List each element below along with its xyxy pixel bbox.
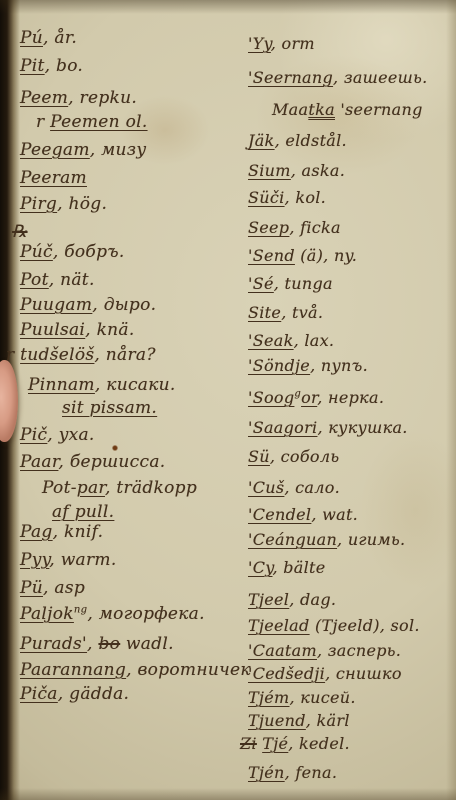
headword: Peeram xyxy=(20,168,87,188)
vocab-entry: Pü, asp xyxy=(20,578,85,598)
vocab-entry: Puugam, дыро. xyxy=(20,295,156,315)
headword: Sium xyxy=(248,161,291,180)
gloss-text: r xyxy=(36,112,50,132)
vocab-entry: sit pissam. xyxy=(62,398,157,418)
vocab-entry: Zi Tjé, kedel. xyxy=(240,734,350,753)
gloss-text: , asp xyxy=(43,578,85,598)
vocab-entry: Paarannang, воротничек xyxy=(20,660,251,680)
gloss-text: , ficka xyxy=(289,218,341,237)
vocab-entry: Pot-par, trädkopp xyxy=(42,478,197,498)
gloss-text: , orm xyxy=(271,34,315,53)
gloss-text: , bo. xyxy=(45,56,84,76)
headword: Puulsai xyxy=(20,320,85,340)
vocab-entry: 'Cy, bälte xyxy=(248,558,326,577)
gloss-text: r xyxy=(6,345,20,365)
gloss-text: , мизу xyxy=(90,140,147,160)
strikethrough-mark: ℞ xyxy=(12,222,28,242)
vocab-entry: Pinnam, кисаки. xyxy=(28,375,176,395)
headword: Jäk xyxy=(248,131,275,150)
vocab-entry: Tjén, fena. xyxy=(248,763,337,782)
gloss-text: , warm. xyxy=(49,550,116,570)
strikethrough-mark: Zi xyxy=(240,734,257,753)
headword: 'Cuš xyxy=(248,478,284,497)
headword: Pit xyxy=(20,56,45,76)
gloss-text: , knif. xyxy=(53,522,104,542)
vocab-entry: Jäk, eldstål. xyxy=(248,131,347,150)
headword: 'Cedšedji xyxy=(248,664,325,683)
headword: 'Yy xyxy=(248,34,271,53)
headword: Paarannang xyxy=(20,660,126,680)
headword: tka xyxy=(308,100,335,119)
gloss-text: , засперь. xyxy=(317,641,401,660)
gloss-text: , соболь xyxy=(270,447,339,466)
headword: Tjém xyxy=(248,688,289,707)
gloss-text: Maa xyxy=(272,100,308,119)
gloss-text: , бершисса. xyxy=(58,452,165,472)
gloss-text: , dag. xyxy=(289,590,336,609)
gloss-text: , нерка. xyxy=(317,388,384,407)
vocab-entry: 'Sooggor, нерка. xyxy=(248,388,384,407)
headword: 'Cendel xyxy=(248,505,311,524)
gloss-text: , yxa. xyxy=(47,425,94,445)
vocab-entry: 'Caatam, засперь. xyxy=(248,641,401,660)
gloss-text: , gädda. xyxy=(58,684,130,704)
gloss-text: , кукушка. xyxy=(317,418,407,437)
gloss-text: , пупъ. xyxy=(310,356,368,375)
headword: Paljok xyxy=(20,604,74,624)
headword: Pot xyxy=(20,270,49,290)
gloss-text: , aska. xyxy=(291,161,345,180)
headword: Tjé xyxy=(262,734,288,753)
gloss-text: (Tjeeld), sol. xyxy=(310,616,420,635)
gloss-text: , кисаки. xyxy=(95,375,176,395)
headword: 'Soog xyxy=(248,388,294,407)
gloss-text: , nät. xyxy=(49,270,95,290)
vocab-entry: r tudšelöš, nåra? xyxy=(6,345,156,365)
headword: Site xyxy=(248,303,281,322)
headword: Piča xyxy=(20,684,58,704)
vocab-entry: r Peemen ol. xyxy=(36,112,148,132)
vocab-entry: Piča, gädda. xyxy=(20,684,129,704)
gloss-text: , nåra? xyxy=(94,345,155,365)
vocab-entry: Pú, år. xyxy=(20,28,77,48)
headword: Süči xyxy=(248,188,285,207)
headword: 'Send xyxy=(248,246,295,265)
headword: Púč xyxy=(20,242,53,262)
vocab-entry: 'Sé, tunga xyxy=(248,274,333,293)
gloss-text: 'seernang xyxy=(335,100,423,119)
vocab-entry: 'Yy, orm xyxy=(248,34,315,53)
gloss-text: , зашеешь. xyxy=(333,68,427,87)
vocab-entry: Púč, бобръ. xyxy=(20,242,125,262)
vocab-entry: Pič, yxa. xyxy=(20,425,95,445)
headword: 'Sé xyxy=(248,274,274,293)
vocab-entry: 'Ceánguan, игимь. xyxy=(248,530,405,549)
headword: or xyxy=(301,388,317,407)
page-edge-shadow xyxy=(0,0,456,14)
gloss-text: (ä), ny. xyxy=(295,246,357,265)
headword: Pirg xyxy=(20,194,57,214)
vocab-entry: Pit, bo. xyxy=(20,56,83,76)
strikethrough-mark: bo xyxy=(98,634,120,654)
headword: Peegam xyxy=(20,140,90,160)
headword: Tjén xyxy=(248,763,285,782)
headword: Puugam xyxy=(20,295,92,315)
headword: Pú xyxy=(20,28,43,48)
vocab-entry: Tjuend, kärl xyxy=(248,711,350,730)
headword: Paar xyxy=(20,452,58,472)
paper-stain xyxy=(360,430,456,590)
vocab-entry: Süči, kol. xyxy=(248,188,326,207)
vocab-entry: Paljokng, могорфека. xyxy=(20,604,205,624)
vocab-entry: 'Cendel, wat. xyxy=(248,505,358,524)
headword: Purads' xyxy=(20,634,87,654)
headword: Tjuend xyxy=(248,711,306,730)
vocab-entry: Maatka 'seernang xyxy=(272,100,423,119)
gloss-text: , xyxy=(87,634,98,654)
vocab-entry: ℞ xyxy=(12,222,28,242)
gloss-text: , hög. xyxy=(57,194,107,214)
gloss-text: , två. xyxy=(281,303,323,322)
vocab-entry: Puulsai, knä. xyxy=(20,320,135,340)
headword: Pyy xyxy=(20,550,49,570)
vocab-entry: 'Seak, lax. xyxy=(248,331,334,350)
headword: 'Caatam xyxy=(248,641,317,660)
vocab-entry: Tjém, кисей. xyxy=(248,688,356,707)
headword: 'Seernang xyxy=(248,68,333,87)
vocab-entry: 'Söndje, пупъ. xyxy=(248,356,368,375)
gloss-text: , снишко xyxy=(325,664,402,683)
gloss-text: , tunga xyxy=(274,274,333,293)
headword: 'Seak xyxy=(248,331,294,350)
headword: Seep xyxy=(248,218,289,237)
gloss-text: , бобръ. xyxy=(53,242,125,262)
headword: 'Söndje xyxy=(248,356,310,375)
ink-dot xyxy=(112,445,118,451)
vocab-entry: Site, två. xyxy=(248,303,323,322)
vocab-entry: Peem, repku. xyxy=(20,88,137,108)
gloss-text: , kärl xyxy=(306,711,350,730)
headword: Peemen ol. xyxy=(50,112,147,132)
headword: 'Cy xyxy=(248,558,272,577)
vocab-entry: 'Cedšedji, снишко xyxy=(248,664,402,683)
headword: sit pissam. xyxy=(62,398,157,418)
headword: Pü xyxy=(20,578,43,598)
gloss-text: , fena. xyxy=(285,763,338,782)
vocab-entry: Tjeelad (Tjeeld), sol. xyxy=(248,616,420,635)
page-edge-shadow xyxy=(0,788,456,800)
vocab-entry: Purads', bo wadl. xyxy=(20,634,174,654)
vocab-entry: 'Saagori, кукушка. xyxy=(248,418,408,437)
gloss-text: , eldstål. xyxy=(275,131,347,150)
gloss-text: , могорфека. xyxy=(87,604,205,624)
headword: af pull. xyxy=(52,502,114,522)
vocab-entry: Seep, ficka xyxy=(248,218,341,237)
gloss-text: , wat. xyxy=(311,505,358,524)
headword: Tjeel xyxy=(248,590,289,609)
headword: 'Ceánguan xyxy=(248,530,337,549)
gloss-text: , kol. xyxy=(285,188,327,207)
vocab-entry: Pyy, warm. xyxy=(20,550,117,570)
vocab-entry: Tjeel, dag. xyxy=(248,590,336,609)
gloss-text: , сало. xyxy=(284,478,340,497)
gloss-text: , воротничек xyxy=(126,660,251,680)
gloss-text: , дыро. xyxy=(92,295,156,315)
gloss-text: , lax. xyxy=(294,331,335,350)
vocab-entry: Sium, aska. xyxy=(248,161,345,180)
gloss-text: Pot- xyxy=(42,478,77,498)
vocab-entry: 'Seernang, зашеешь. xyxy=(248,68,428,87)
gloss-text: , repku. xyxy=(68,88,137,108)
headword: Pič xyxy=(20,425,47,445)
gloss-text: , år. xyxy=(43,28,77,48)
gloss-text: , knä. xyxy=(85,320,134,340)
headword: Sü xyxy=(248,447,270,466)
gloss-text: , кисей. xyxy=(289,688,355,707)
vocab-entry: Pag, knif. xyxy=(20,522,103,542)
manuscript-photo: Pú, år.Pit, bo.Peem, repku.r Peemen ol.P… xyxy=(0,0,456,800)
gloss-text: , kedel. xyxy=(288,734,350,753)
vocab-entry: Sü, соболь xyxy=(248,447,339,466)
gloss-text: , bälte xyxy=(272,558,325,577)
gloss-text: wadl. xyxy=(120,634,174,654)
headword: Pag xyxy=(20,522,53,542)
vocab-entry: Pot, nät. xyxy=(20,270,95,290)
vocab-entry: af pull. xyxy=(52,502,114,522)
vocab-entry: 'Cuš, сало. xyxy=(248,478,340,497)
headword: tudšelöš xyxy=(20,345,94,365)
vocab-entry: Peeram xyxy=(20,168,87,188)
vocab-entry: 'Send (ä), ny. xyxy=(248,246,357,265)
headword: Tjeelad xyxy=(248,616,310,635)
page-edge-shadow xyxy=(446,0,456,800)
vocab-entry: Pirg, hög. xyxy=(20,194,107,214)
headword: Pinnam xyxy=(28,375,95,395)
gloss-text: , trädkopp xyxy=(105,478,197,498)
headword: 'Saagori xyxy=(248,418,317,437)
gloss-text: ng xyxy=(74,604,87,615)
vocab-entry: Peegam, мизу xyxy=(20,140,147,160)
gloss-text: , игимь. xyxy=(337,530,405,549)
vocab-entry: Paar, бершисса. xyxy=(20,452,165,472)
headword: par xyxy=(77,478,105,498)
headword: Peem xyxy=(20,88,68,108)
